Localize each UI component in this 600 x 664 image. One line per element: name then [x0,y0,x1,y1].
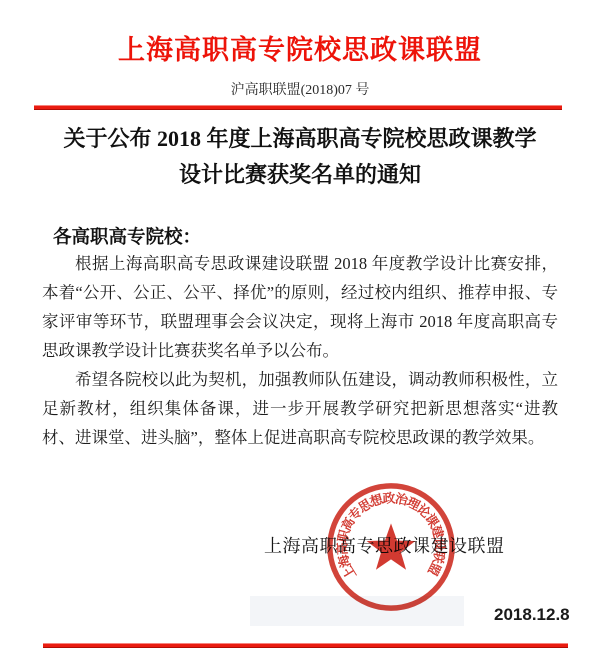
body-paragraph-1: 根据上海高职高专思政课建设联盟 2018 年度教学设计比赛安排，本着“公开、公正… [42,249,558,365]
body-paragraph-2: 希望各院校以此为契机，加强教师队伍建设，调动教师积极性，立足新教材，组织集体备课… [42,365,558,452]
notice-title-line1: 关于公布 2018 年度上海高职高专院校思政课教学 [0,121,600,157]
notice-document: 上海高职高专院校思政课联盟 沪高职联盟(2018)07 号 关于公布 2018 … [0,0,600,664]
doc-number: 沪高职联盟(2018)07 号 [0,79,600,99]
notice-body: 根据上海高职高专思政课建设联盟 2018 年度教学设计比赛安排，本着“公开、公正… [42,249,558,452]
footer-divider-line [43,643,568,648]
official-seal: 上海高职高专思想政治理论课建设联盟 [322,476,460,618]
red-star-icon [367,523,416,569]
notice-title-line2: 设计比赛获奖名单的通知 [0,157,600,193]
notice-title: 关于公布 2018 年度上海高职高专院校思政课教学 设计比赛获奖名单的通知 [0,121,600,193]
salutation: 各高职高专院校： [53,223,201,249]
notice-date: 2018.12.8 [494,605,570,625]
header-divider-line [34,105,562,110]
org-title: 上海高职高专院校思政课联盟 [0,28,600,67]
official-seal-graphic: 上海高职高专思想政治理论课建设联盟 [322,476,460,618]
